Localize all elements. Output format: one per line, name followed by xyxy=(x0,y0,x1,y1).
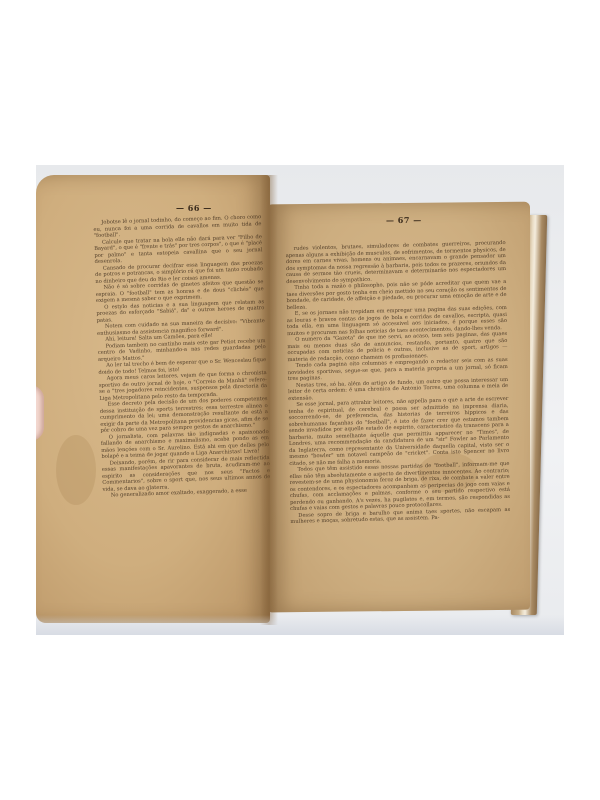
left-page-number: — 66 — xyxy=(176,203,212,213)
right-page-text: rudes violentos, brutaes, simuladores de… xyxy=(286,240,511,526)
surface-shadow xyxy=(36,615,564,635)
book-photo: — 67 — rudes violentos, brutaes, simulad… xyxy=(36,165,564,635)
paper-stain xyxy=(56,435,96,505)
right-page: — 67 — rudes violentos, brutaes, simulad… xyxy=(268,202,530,613)
paragraph: Esse decreto pela decisão de um dos pode… xyxy=(100,396,269,434)
book-spine-shadow xyxy=(260,175,278,625)
right-page-number: — 67 — xyxy=(386,215,422,225)
holding-finger xyxy=(36,385,44,441)
paragraph: Se esse jornal, para attrahir leitores, … xyxy=(288,396,509,467)
left-page: — 66 — Jobotse lê o jornal todinho, do c… xyxy=(36,175,270,623)
paragraph: Todos que têm assistido essas nossas par… xyxy=(289,461,510,513)
left-page-text: Jobotse lê o jornal todinho, do começo a… xyxy=(93,214,270,499)
paragraph: rudes violentos, brutaes, simuladores de… xyxy=(286,240,507,285)
